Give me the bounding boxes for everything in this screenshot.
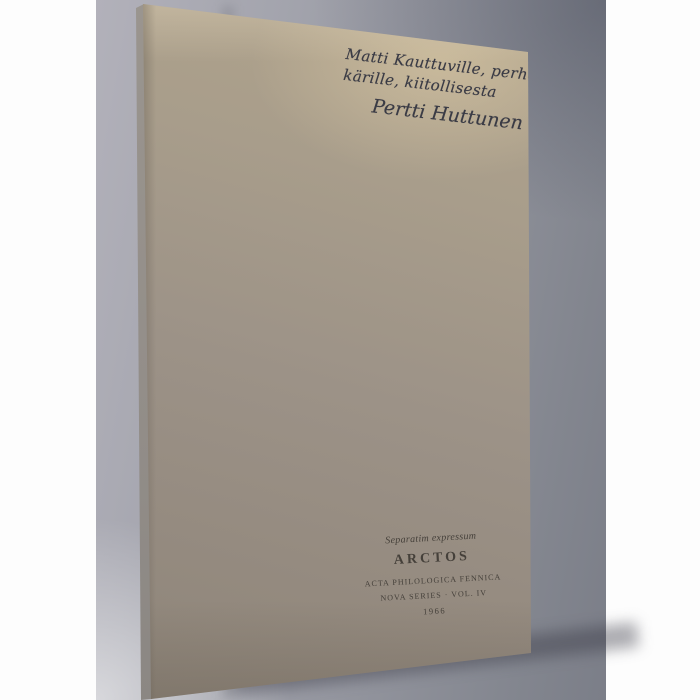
imprint-title: ARCTOS (319, 545, 545, 573)
imprint-block: Separatim expressum ARCTOS ACTA PHILOLOG… (318, 527, 547, 622)
photo-of-booklet: Matti Kauttuville, perhelää - kärille, k… (0, 0, 700, 700)
